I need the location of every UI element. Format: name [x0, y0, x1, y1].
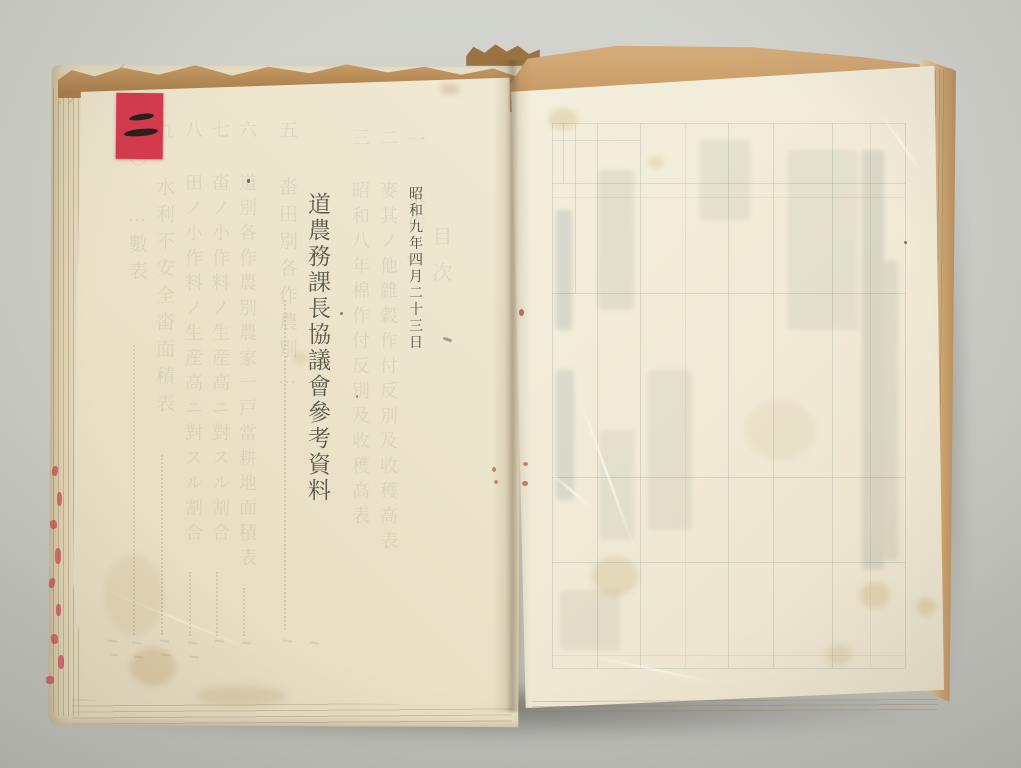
- foxing-stain: [196, 686, 286, 706]
- ghost-toc-heading: 目次: [427, 226, 456, 298]
- foxing-stain: [292, 352, 308, 364]
- ghost-toc-column: 九 水利不安全畓面積表: [151, 120, 178, 420]
- ghost-toc-column: 六 道別各作農別農家一戸當耕地面積表: [233, 120, 259, 573]
- ghost-writing-smudge: [788, 150, 858, 330]
- toc-dotted-leader: [243, 588, 245, 636]
- ghost-table-line: [563, 123, 564, 183]
- ghost-table-line: [552, 140, 640, 141]
- ghost-writing-smudge: [862, 150, 884, 570]
- ghost-table-line: [640, 123, 641, 668]
- ghost-toc-column: 三 昭和八年棉作付反別及收穫高表: [346, 128, 372, 531]
- red-edge-mark: [50, 634, 58, 645]
- red-edge-mark: [49, 519, 57, 529]
- rust-spot: [492, 467, 496, 472]
- red-edge-mark: [55, 548, 61, 564]
- ink-speck: [904, 241, 907, 244]
- right-page-bottom-edges: [532, 699, 938, 715]
- ghost-writing-smudge: [884, 260, 898, 560]
- ink-speck: [247, 179, 250, 183]
- foxing-stain: [104, 555, 164, 635]
- ghost-table-line: [575, 123, 576, 293]
- photo-backdrop: 二 目次 一 米作… 二 麥其ノ他雜穀作付反別及收穫高表 三 昭和八年棉作付反別…: [0, 0, 1021, 768]
- ghost-toc-column: 二 麥其ノ他雜穀作付反別及收穫高表: [374, 128, 400, 556]
- ghost-table-line: [552, 123, 553, 668]
- ghost-toc-column: 一〇 …數表: [124, 120, 151, 288]
- tab-label: 二: [116, 93, 117, 94]
- red-edge-mark: [56, 604, 61, 616]
- ghost-table-line: [773, 123, 774, 668]
- ghost-writing-smudge: [560, 590, 620, 650]
- foxing-stain: [916, 598, 936, 616]
- ghost-writing-smudge: [648, 370, 692, 530]
- foxing-stain: [548, 108, 578, 130]
- foxing-stain: [860, 582, 890, 608]
- rust-spot: [522, 481, 528, 486]
- gutter-fold: [493, 60, 531, 712]
- toc-dotted-leader: [284, 300, 286, 630]
- left-fore-edge-lines: [53, 84, 79, 716]
- toc-dotted-leader: [189, 572, 191, 636]
- foxing-stain: [592, 556, 638, 596]
- red-edge-mark: [58, 655, 64, 669]
- printed-title-column: 道農務課長協議會參考資料: [301, 192, 334, 504]
- red-edge-mark: [46, 676, 54, 684]
- ghost-writing-smudge: [598, 170, 634, 310]
- ink-speck: [340, 312, 343, 315]
- ghost-writing-smudge: [556, 210, 572, 330]
- red-edge-mark: [57, 492, 62, 506]
- printed-date-column: 昭和九年四月二十三日: [405, 186, 425, 351]
- rust-spot: [519, 309, 524, 316]
- foxing-stain: [745, 400, 815, 460]
- toc-dotted-leader: [216, 572, 218, 636]
- foxing-stain: [648, 156, 664, 168]
- foxing-stain: [440, 84, 460, 94]
- foxing-stain: [130, 648, 176, 686]
- foxing-stain: [826, 645, 852, 665]
- ink-speck: [356, 395, 358, 398]
- ghost-toc-column: 八 田ノ小作料ノ生産高ニ對スル割合: [179, 120, 205, 548]
- ghost-table-line: [552, 668, 905, 669]
- ghost-table-line: [905, 123, 906, 668]
- ghost-writing-smudge: [700, 140, 750, 220]
- rust-spot: [523, 462, 528, 466]
- ghost-writing-smudge: [600, 430, 634, 540]
- rust-spot: [494, 480, 498, 484]
- ghost-toc-column: 七 畓ノ小作料ノ生産高ニ對スル割合: [206, 120, 232, 548]
